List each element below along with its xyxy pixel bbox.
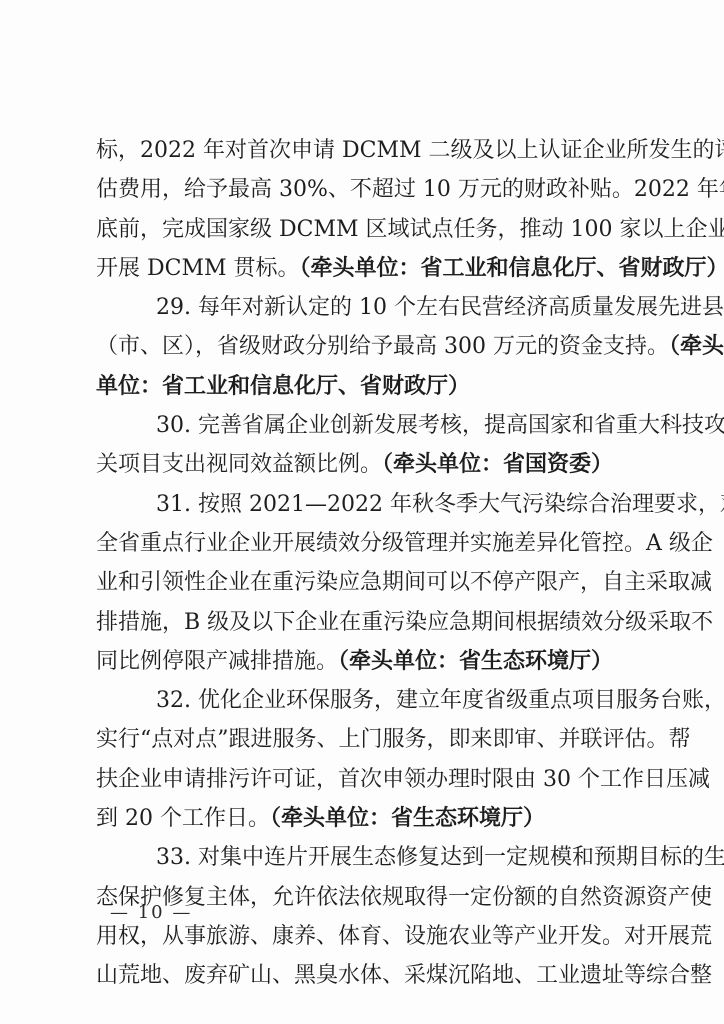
lead-unit-note: （牵头 [669, 333, 724, 359]
text-line: 标，2022 年对首次申请 DCMM 二级及以上认证企业所发生的评 [96, 131, 632, 170]
paragraph-28-continuation: 标，2022 年对首次申请 DCMM 二级及以上认证企业所发生的评 估费用，给予… [96, 131, 632, 288]
text-line: 排措施，B 级及以下企业在重污染应急期间根据绩效分级采取不 [96, 603, 632, 642]
text-line: 估费用，给予最高 30%、不超过 10 万元的财政补贴。2022 年年 [96, 170, 632, 209]
page-number: — 10 — [110, 902, 192, 923]
lead-unit-note: 单位：省工业和信息化厅、省财政厅） [96, 373, 470, 399]
document-page: 标，2022 年对首次申请 DCMM 二级及以上认证企业所发生的评 估费用，给予… [0, 0, 724, 1024]
paragraph-30: 30. 完善省属企业创新发展考核，提高国家和省重大科技攻 关项目支出视同效益额比… [96, 406, 632, 485]
text-line: 同比例停限产减排措施。（牵头单位：省生态环境厅） [96, 642, 632, 681]
lead-unit-note: （牵头单位：省生态环境厅） [338, 648, 613, 674]
text-line: 实行“点对点”跟进服务、上门服务，即来即审、并联评估。帮 [96, 720, 632, 759]
line-text: 关项目支出视同效益额比例。 [96, 452, 382, 477]
lead-unit-note: （牵头单位：省生态环境厅） [270, 805, 545, 831]
text-line: 关项目支出视同效益额比例。（牵头单位：省国资委） [96, 445, 632, 484]
line-text: （市、区），省级财政分别给予最高 300 万元的资金支持。 [96, 334, 669, 359]
text-line: 底前，完成国家级 DCMM 区域试点任务，推动 100 家以上企业 [96, 210, 632, 249]
text-line: 单位：省工业和信息化厅、省财政厅） [96, 367, 632, 406]
lead-unit-note: （牵头单位：省工业和信息化厅、省财政厅） [300, 255, 724, 281]
text-line: 业和引领性企业在重污染应急期间可以不停产限产，自主采取减 [96, 563, 632, 602]
text-line: 32. 优化企业环保服务，建立年度省级重点项目服务台账， [96, 681, 632, 720]
text-line: 到 20 个工作日。（牵头单位：省生态环境厅） [96, 799, 632, 838]
paragraph-32: 32. 优化企业环保服务，建立年度省级重点项目服务台账， 实行“点对点”跟进服务… [96, 681, 632, 838]
paragraph-31: 31. 按照 2021—2022 年秋冬季大气污染综合治理要求，对 全省重点行业… [96, 485, 632, 681]
text-line: 31. 按照 2021—2022 年秋冬季大气污染综合治理要求，对 [96, 485, 632, 524]
text-line: 30. 完善省属企业创新发展考核，提高国家和省重大科技攻 [96, 406, 632, 445]
text-line: 全省重点行业企业开展绩效分级管理并实施差异化管控。A 级企 [96, 524, 632, 563]
paragraph-29: 29. 每年对新认定的 10 个左右民营经济高质量发展先进县 （市、区），省级财… [96, 288, 632, 406]
document-body: 标，2022 年对首次申请 DCMM 二级及以上认证企业所发生的评 估费用，给予… [96, 131, 632, 996]
lead-unit-note: （牵头单位：省国资委） [382, 451, 613, 477]
text-line: 开展 DCMM 贯标。（牵头单位：省工业和信息化厅、省财政厅） [96, 249, 632, 288]
text-line: （市、区），省级财政分别给予最高 300 万元的资金支持。（牵头 [96, 327, 632, 366]
text-line: 29. 每年对新认定的 10 个左右民营经济高质量发展先进县 [96, 288, 632, 327]
line-text: 到 20 个工作日。 [96, 806, 270, 831]
text-line: 33. 对集中连片开展生态修复达到一定规模和预期目标的生 [96, 838, 632, 877]
line-text: 同比例停限产减排措施。 [96, 649, 338, 674]
text-line: 扶企业申请排污许可证，首次申领办理时限由 30 个工作日压减 [96, 760, 632, 799]
text-line: 山荒地、废弃矿山、黑臭水体、采煤沉陷地、工业遗址等综合整 [96, 956, 632, 995]
line-text: 开展 DCMM 贯标。 [96, 256, 300, 281]
